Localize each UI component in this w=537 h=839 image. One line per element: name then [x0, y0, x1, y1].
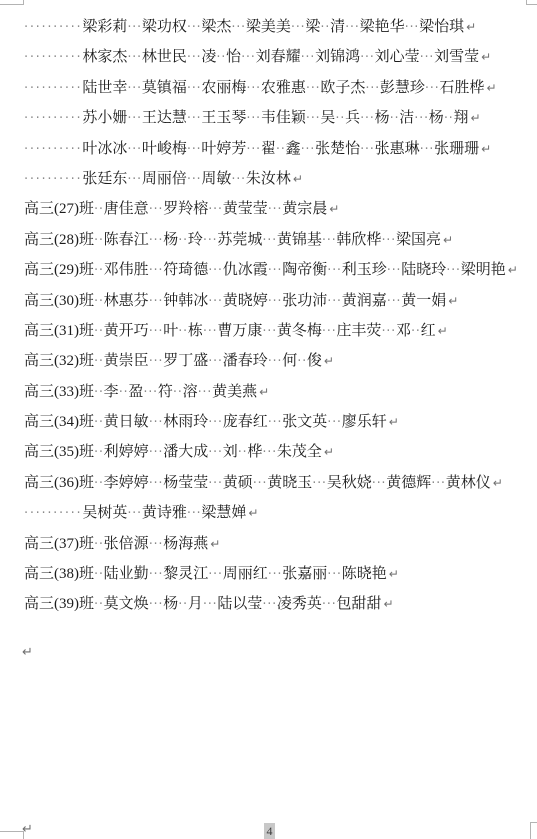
page-number-field[interactable]: 4: [264, 823, 275, 839]
document-line[interactable]: ··········张廷东···周丽倍···周敏···朱汝林↵: [24, 164, 524, 194]
student-name[interactable]: 钟韩冰: [163, 293, 208, 309]
space-marks: ···: [253, 476, 268, 491]
student-name[interactable]: 杨莹莹: [163, 475, 208, 491]
student-name[interactable]: 林雨玲: [163, 414, 208, 430]
space-marks: ···: [208, 476, 223, 491]
student-name[interactable]: 杨海燕: [163, 536, 208, 552]
space-marks: ··: [119, 385, 129, 400]
student-name[interactable]: 梁美美: [246, 19, 291, 35]
space-marks: ···: [187, 81, 202, 96]
space-marks: ···: [268, 415, 283, 430]
space-marks: ···: [262, 324, 277, 339]
space-marks: ··: [320, 20, 330, 35]
space-marks: ···: [127, 81, 142, 96]
space-marks: ···: [231, 172, 246, 187]
class-label[interactable]: 高三(34)班: [24, 414, 94, 430]
space-marks: ···: [187, 20, 202, 35]
space-marks: ···: [372, 476, 387, 491]
space-marks: ···: [143, 385, 158, 400]
student-name[interactable]: 张文英: [282, 414, 327, 430]
student-name[interactable]: 张功沛: [282, 293, 327, 309]
space-marks: ···: [149, 324, 164, 339]
space-marks: ···: [127, 506, 142, 521]
student-name[interactable]: 张楚怡: [315, 141, 360, 157]
student-name[interactable]: 陈晓艳: [342, 566, 387, 582]
student-name[interactable]: 张倍源: [104, 536, 149, 552]
document-line[interactable]: 高三(28)班··陈春江···杨··玲···苏莞城···黄锦基···韩欣桦···…: [24, 225, 524, 255]
student-name[interactable]: 刘··桦: [223, 444, 263, 460]
student-name[interactable]: 黄诗雅: [142, 505, 187, 521]
student-name[interactable]: 石胜桦: [439, 80, 484, 96]
space-marks: ···: [203, 324, 218, 339]
space-marks: ···: [262, 597, 277, 612]
space-marks: ···: [268, 567, 283, 582]
student-name[interactable]: 周丽倍: [142, 171, 187, 187]
student-name[interactable]: 黄晓婷: [223, 293, 268, 309]
space-marks: ···: [301, 50, 316, 65]
student-name[interactable]: 杨··月: [163, 596, 203, 612]
student-name[interactable]: 杨··洁: [375, 110, 415, 126]
space-marks: ···: [268, 263, 283, 278]
line-break-mark: ↵: [389, 415, 399, 429]
student-name[interactable]: 彭慧珍: [380, 80, 425, 96]
student-name[interactable]: 吴··兵: [320, 110, 360, 126]
space-marks: ··: [178, 597, 188, 612]
line-break-mark: ↵: [248, 506, 258, 520]
student-name[interactable]: 曹万康: [217, 323, 262, 339]
document-line[interactable]: 高三(33)班··李··盈···符··溶···黄美燕↵: [24, 377, 524, 407]
student-name[interactable]: 李··盈: [104, 384, 144, 400]
space-marks: ···: [127, 172, 142, 187]
space-marks: ···: [231, 20, 246, 35]
student-name[interactable]: 吴秋娆: [327, 475, 372, 491]
space-marks: ···: [149, 354, 164, 369]
student-name[interactable]: 黄晓玉: [267, 475, 312, 491]
student-name[interactable]: 黄日敏: [104, 414, 149, 430]
class-label[interactable]: 高三(30)班: [24, 293, 94, 309]
space-marks: ···: [187, 142, 202, 157]
space-marks: ···: [425, 81, 440, 96]
space-marks: ···: [291, 20, 306, 35]
student-name[interactable]: 黄宗晨: [282, 201, 327, 217]
space-marks: ··········: [24, 20, 82, 35]
text-boundary-corner-top-right-tick: [526, 0, 527, 5]
text-boundary-corner-bottom-left: [0, 831, 23, 832]
space-marks: ···: [322, 597, 337, 612]
student-name[interactable]: 李婷婷: [104, 475, 149, 491]
space-marks: ··········: [24, 506, 82, 521]
space-marks: ···: [241, 50, 256, 65]
space-marks: ··········: [24, 172, 82, 187]
space-marks: ··: [173, 385, 183, 400]
space-marks: ···: [187, 50, 202, 65]
space-marks: ··: [444, 111, 454, 126]
space-marks: ··: [178, 233, 188, 248]
space-marks: ···: [414, 111, 429, 126]
space-marks: ··········: [24, 111, 82, 126]
student-name[interactable]: 何··俊: [282, 353, 322, 369]
line-break-mark: ↵: [443, 233, 453, 247]
space-marks: ··: [94, 202, 104, 217]
space-marks: ···: [149, 476, 164, 491]
space-marks: ···: [431, 476, 446, 491]
student-name[interactable]: 黄一娟: [401, 293, 446, 309]
student-name[interactable]: 包甜甜: [336, 596, 381, 612]
student-name[interactable]: 黄冬梅: [277, 323, 322, 339]
student-name[interactable]: 梁国亮: [396, 232, 441, 248]
space-marks: ···: [149, 567, 164, 582]
student-name[interactable]: 黄林仪: [446, 475, 491, 491]
line-break-mark: ↵: [438, 324, 448, 338]
space-marks: ···: [187, 506, 202, 521]
student-name[interactable]: 杨··翔: [429, 110, 469, 126]
student-name[interactable]: 叶峻梅: [142, 141, 187, 157]
student-name[interactable]: 黎灵江: [163, 566, 208, 582]
student-name[interactable]: 梁艳华: [360, 19, 405, 35]
space-marks: ··: [94, 233, 104, 248]
space-marks: ··: [94, 597, 104, 612]
student-name[interactable]: 林惠芬: [104, 293, 149, 309]
space-marks: ···: [208, 567, 223, 582]
student-name[interactable]: 黄德辉: [386, 475, 431, 491]
document-line[interactable]: 高三(29)班··邓伟胜···符琦德···仇冰霞···陶帝衡···利玉珍···陆…: [24, 255, 524, 285]
student-name[interactable]: 陆以莹: [217, 596, 262, 612]
student-name[interactable]: 廖乐轩: [342, 414, 387, 430]
student-name[interactable]: 邓伟胜: [104, 262, 149, 278]
document-line[interactable]: 高三(27)班··唐佳意···罗羚榕···黄莹莹···黄宗晨↵: [24, 194, 524, 224]
student-name[interactable]: 张惠琳: [375, 141, 420, 157]
document-line[interactable]: 高三(39)班··莫文焕···杨··月···陆以莹···凌秀英···包甜甜↵: [24, 589, 524, 619]
space-marks: ···: [208, 202, 223, 217]
space-marks: ···: [203, 233, 218, 248]
class-label[interactable]: 高三(38)班: [24, 566, 94, 582]
space-marks: ··: [178, 324, 188, 339]
student-name[interactable]: 莫镇福: [142, 80, 187, 96]
student-name[interactable]: 农丽梅: [201, 80, 246, 96]
class-label[interactable]: 高三(28)班: [24, 232, 94, 248]
document-line[interactable]: 高三(30)班··林惠芬···钟韩冰···黄晓婷···张功沛···黄润嘉···黄…: [24, 286, 524, 316]
student-name[interactable]: 刘雪莹: [434, 49, 479, 65]
student-name[interactable]: 符··溶: [158, 384, 198, 400]
space-marks: ···: [420, 50, 435, 65]
student-name[interactable]: 符琦德: [163, 262, 208, 278]
student-name[interactable]: 陆晓玲: [401, 262, 446, 278]
space-marks: ··········: [24, 142, 82, 157]
space-marks: ···: [268, 202, 283, 217]
student-name[interactable]: 陶帝衡: [282, 262, 327, 278]
space-marks: ···: [327, 294, 342, 309]
space-marks: ··: [94, 445, 104, 460]
space-marks: ···: [306, 81, 321, 96]
student-name[interactable]: 林世民: [142, 49, 187, 65]
class-label[interactable]: 高三(35)班: [24, 444, 94, 460]
student-name[interactable]: 黄崇臣: [104, 353, 149, 369]
class-label[interactable]: 高三(32)班: [24, 353, 94, 369]
student-name[interactable]: 利婷婷: [104, 444, 149, 460]
class-label[interactable]: 高三(31)班: [24, 323, 94, 339]
student-name[interactable]: 黄锦基: [277, 232, 322, 248]
student-name[interactable]: 韩欣桦: [336, 232, 381, 248]
student-name[interactable]: 朱茂全: [277, 444, 322, 460]
space-marks: ···: [262, 445, 277, 460]
space-marks: ···: [149, 233, 164, 248]
text-boundary-corner-top-left-tick: [23, 0, 24, 5]
space-marks: ···: [208, 294, 223, 309]
space-marks: ···: [149, 597, 164, 612]
document-line[interactable]: 高三(38)班··陆业勤···黎灵江···周丽红···张嘉丽···陈晓艳↵: [24, 559, 524, 589]
student-name[interactable]: 苏莞城: [217, 232, 262, 248]
space-marks: ···: [246, 111, 261, 126]
student-name[interactable]: 黄硕: [223, 475, 253, 491]
document-line[interactable]: ··········林家杰···林世民···凌··怡···刘春耀···刘锦鸿··…: [24, 42, 524, 72]
student-name[interactable]: 周丽红: [223, 566, 268, 582]
text-boundary-corner-bottom-right: [530, 822, 537, 823]
student-name[interactable]: 刘心莹: [375, 49, 420, 65]
space-marks: ···: [312, 476, 327, 491]
space-marks: ··: [276, 142, 286, 157]
document-line[interactable]: 高三(37)班··张倍源···杨海燕↵: [24, 529, 524, 559]
space-marks: ··: [94, 415, 104, 430]
space-marks: ··········: [24, 50, 82, 65]
space-marks: ··: [94, 476, 104, 491]
space-marks: ···: [327, 263, 342, 278]
space-marks: ···: [360, 111, 375, 126]
space-marks: ···: [387, 294, 402, 309]
space-marks: ···: [149, 263, 164, 278]
space-marks: ···: [208, 263, 223, 278]
student-name[interactable]: 张嘉丽: [282, 566, 327, 582]
student-name[interactable]: 吴树英: [82, 505, 127, 521]
student-name[interactable]: 陆世幸: [82, 80, 127, 96]
space-marks: ···: [208, 415, 223, 430]
line-break-mark: ↵: [481, 50, 491, 64]
space-marks: ···: [149, 537, 164, 552]
document-line[interactable]: ··········叶冰冰···叶峻梅···叶婷芳···翟··鑫···张楚怡··…: [24, 134, 524, 164]
space-marks: ···: [405, 20, 420, 35]
space-marks: ···: [387, 263, 402, 278]
student-name[interactable]: 欧子杰: [320, 80, 365, 96]
space-marks: ···: [262, 233, 277, 248]
student-name[interactable]: 潘春玲: [223, 353, 268, 369]
space-marks: ··: [411, 324, 421, 339]
space-marks: ··: [94, 263, 104, 278]
class-label[interactable]: 高三(37)班: [24, 536, 94, 552]
space-marks: ···: [149, 202, 164, 217]
space-marks: ···: [127, 142, 142, 157]
student-name[interactable]: 周敏: [201, 171, 231, 187]
space-marks: ···: [268, 294, 283, 309]
student-name[interactable]: 刘春耀: [256, 49, 301, 65]
student-name[interactable]: 黄润嘉: [342, 293, 387, 309]
space-marks: ···: [360, 50, 375, 65]
student-name[interactable]: 罗羚榕: [163, 201, 208, 217]
class-label[interactable]: 高三(29)班: [24, 262, 94, 278]
student-name[interactable]: 梁慧婵: [201, 505, 246, 521]
space-marks: ···: [420, 142, 435, 157]
line-break-mark: ↵: [383, 597, 393, 611]
space-marks: ···: [381, 233, 396, 248]
student-name[interactable]: 邓··红: [396, 323, 436, 339]
student-name[interactable]: 张珊珊: [434, 141, 479, 157]
space-marks: ··: [94, 354, 104, 369]
space-marks: ···: [322, 324, 337, 339]
space-marks: ···: [268, 354, 283, 369]
space-marks: ···: [327, 415, 342, 430]
student-name[interactable]: 黄开巧: [104, 323, 149, 339]
document-line[interactable]: ··········苏小姗···王达慧···王玉琴···韦佳颖···吴··兵··…: [24, 103, 524, 133]
student-name[interactable]: 唐佳意: [104, 201, 149, 217]
document-line[interactable]: ··········梁彩莉···梁功权···梁杰···梁美美···梁··清···…: [24, 12, 524, 42]
space-marks: ···: [301, 142, 316, 157]
student-name[interactable]: 梁··清: [305, 19, 345, 35]
student-name[interactable]: 林家杰: [82, 49, 127, 65]
space-marks: ···: [345, 20, 360, 35]
line-break-mark: ↵: [493, 476, 503, 490]
student-name[interactable]: 杨··玲: [163, 232, 203, 248]
space-marks: ···: [149, 445, 164, 460]
footer-paragraph-mark: ↵: [22, 822, 33, 837]
line-break-mark: ↵: [389, 567, 399, 581]
student-name[interactable]: 庄丰荧: [336, 323, 381, 339]
class-label[interactable]: 高三(33)班: [24, 384, 94, 400]
student-name[interactable]: 陆业勤: [104, 566, 149, 582]
student-name[interactable]: 张廷东: [82, 171, 127, 187]
space-marks: ···: [246, 142, 261, 157]
line-break-mark: ↵: [210, 537, 220, 551]
space-marks: ···: [327, 567, 342, 582]
line-break-mark: ↵: [259, 385, 269, 399]
line-break-mark: ↵: [329, 202, 339, 216]
student-name[interactable]: 叶婷芳: [201, 141, 246, 157]
student-name[interactable]: 凌··怡: [201, 49, 241, 65]
class-label[interactable]: 高三(36)班: [24, 475, 94, 491]
space-marks: ···: [208, 354, 223, 369]
document-line[interactable]: ··········吴树英···黄诗雅···梁慧婵↵: [24, 498, 524, 528]
student-name[interactable]: 潘大成: [163, 444, 208, 460]
student-name[interactable]: 黄莹莹: [223, 201, 268, 217]
document-line[interactable]: 高三(31)班··黄开巧···叶··栋···曹万康···黄冬梅···庄丰荧···…: [24, 316, 524, 346]
class-label[interactable]: 高三(27)班: [24, 201, 94, 217]
student-name[interactable]: 梁彩莉: [82, 19, 127, 35]
space-marks: ···: [149, 294, 164, 309]
space-marks: ··: [94, 324, 104, 339]
space-marks: ···: [149, 415, 164, 430]
student-name[interactable]: 莫文焕: [104, 596, 149, 612]
space-marks: ···: [127, 111, 142, 126]
student-name[interactable]: 利玉珍: [342, 262, 387, 278]
student-name[interactable]: 朱汝林: [246, 171, 291, 187]
student-name[interactable]: 王玉琴: [201, 110, 246, 126]
class-label[interactable]: 高三(39)班: [24, 596, 94, 612]
student-name[interactable]: 韦佳颖: [261, 110, 306, 126]
space-marks: ···: [246, 81, 261, 96]
student-name[interactable]: 陈春江: [104, 232, 149, 248]
document-line[interactable]: 高三(36)班··李婷婷···杨莹莹···黄硕···黄晓玉···吴秋娆···黄德…: [24, 468, 524, 498]
student-name[interactable]: 苏小姗: [82, 110, 127, 126]
student-name[interactable]: 梁怡琪: [419, 19, 464, 35]
student-name[interactable]: 叶··栋: [163, 323, 203, 339]
student-name[interactable]: 梁明艳: [461, 262, 506, 278]
space-marks: ···: [306, 111, 321, 126]
line-break-mark: ↵: [508, 263, 518, 277]
space-marks: ···: [208, 445, 223, 460]
space-marks: ···: [198, 385, 213, 400]
text-boundary-corner-top-left: [0, 4, 23, 5]
document-page[interactable]: ··········梁彩莉···梁功权···梁杰···梁美美···梁··清···…: [0, 0, 537, 839]
text-boundary-corner-bottom-right-tick: [530, 822, 531, 839]
space-marks: ··: [94, 294, 104, 309]
space-marks: ···: [360, 142, 375, 157]
space-marks: ··········: [24, 81, 82, 96]
line-break-mark: ↵: [324, 354, 334, 368]
space-marks: ··: [94, 567, 104, 582]
student-name[interactable]: 梁功权: [142, 19, 187, 35]
line-break-mark: ↵: [324, 445, 334, 459]
space-marks: ··: [335, 111, 345, 126]
student-name[interactable]: 翟··鑫: [261, 141, 301, 157]
text-boundary-corner-top-right: [526, 4, 537, 5]
student-name[interactable]: 罗丁盛: [163, 353, 208, 369]
space-marks: ···: [127, 20, 142, 35]
space-marks: ··: [216, 50, 226, 65]
space-marks: ···: [365, 81, 380, 96]
space-marks: ··: [94, 385, 104, 400]
space-marks: ···: [127, 50, 142, 65]
document-text-body[interactable]: ··········梁彩莉···梁功权···梁杰···梁美美···梁··清···…: [24, 12, 524, 620]
student-name[interactable]: 仇冰霞: [223, 262, 268, 278]
student-name[interactable]: 梁杰: [201, 19, 231, 35]
space-marks: ··: [94, 537, 104, 552]
document-line[interactable]: 高三(35)班··利婷婷···潘大成···刘··桦···朱茂全↵: [24, 437, 524, 467]
space-marks: ··: [238, 445, 248, 460]
student-name[interactable]: 黄美燕: [212, 384, 257, 400]
line-break-mark: ↵: [293, 172, 303, 186]
document-line[interactable]: 高三(32)班··黄崇臣···罗丁盛···潘春玲···何··俊↵: [24, 346, 524, 376]
space-marks: ···: [203, 597, 218, 612]
space-marks: ···: [322, 233, 337, 248]
line-break-mark: ↵: [481, 142, 491, 156]
space-marks: ··: [297, 354, 307, 369]
space-marks: ···: [187, 111, 202, 126]
space-marks: ···: [187, 172, 202, 187]
line-break-mark: ↵: [448, 294, 458, 308]
document-line[interactable]: 高三(34)班··黄日敏···林雨玲···庞春红···张文英···廖乐轩↵: [24, 407, 524, 437]
line-break-mark: ↵: [471, 111, 481, 125]
student-name[interactable]: 叶冰冰: [82, 141, 127, 157]
space-marks: ··: [390, 111, 400, 126]
paragraph-mark: ↵: [22, 645, 33, 660]
line-break-mark: ↵: [466, 20, 476, 34]
student-name[interactable]: 凌秀英: [277, 596, 322, 612]
student-name[interactable]: 农雅惠: [261, 80, 306, 96]
student-name[interactable]: 王达慧: [142, 110, 187, 126]
student-name[interactable]: 刘锦鸿: [315, 49, 360, 65]
document-line[interactable]: ··········陆世幸···莫镇福···农丽梅···农雅惠···欧子杰···…: [24, 73, 524, 103]
line-break-mark: ↵: [486, 81, 496, 95]
space-marks: ···: [446, 263, 461, 278]
space-marks: ···: [381, 324, 396, 339]
student-name[interactable]: 庞春红: [223, 414, 268, 430]
